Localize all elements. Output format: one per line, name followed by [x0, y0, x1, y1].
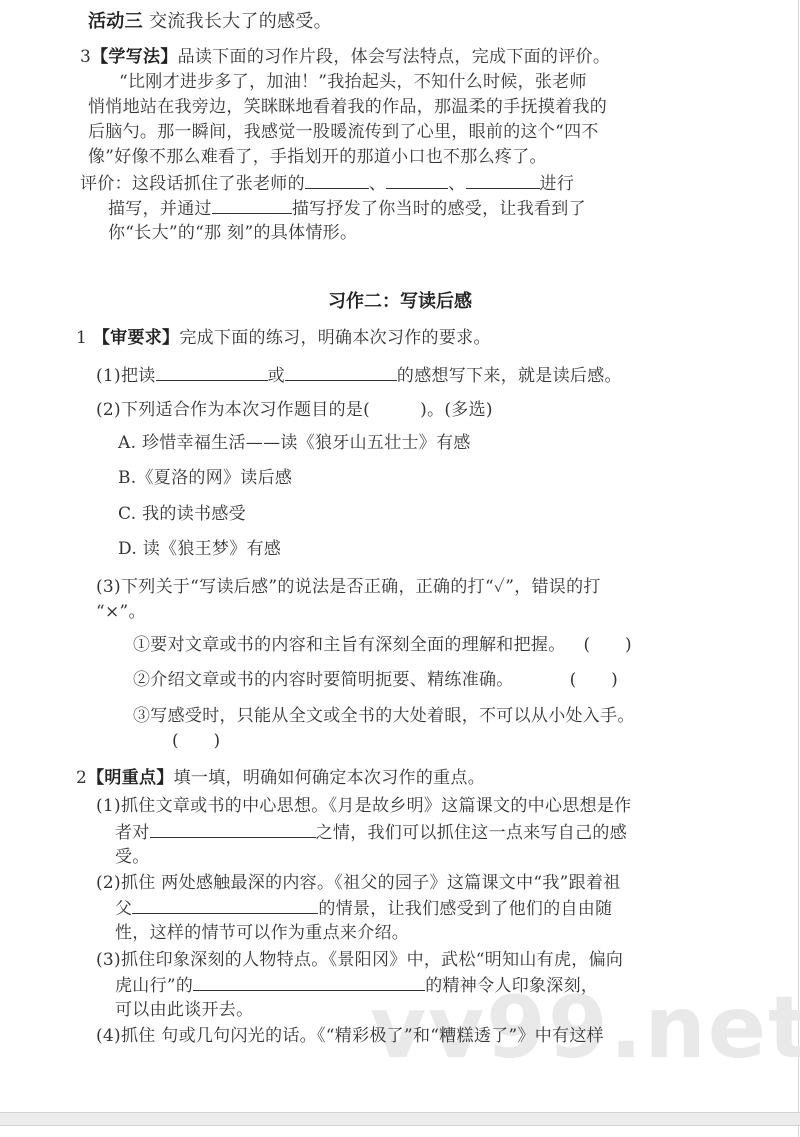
option-c: C. 我的读书感受 [118, 503, 246, 525]
fill-blank[interactable] [305, 172, 369, 189]
statement-text: ②介绍文章或书的内容时要简明扼要、精练准确。 [133, 670, 514, 690]
question-tag: 【明重点】 [87, 768, 174, 788]
item-text: 虎山行”的 [115, 976, 193, 996]
item-text: 父 [115, 899, 132, 919]
page-content: 活动三 交流我长大了的感受。 3【学写法】品读下面的习作片段，体会写法特点，完成… [0, 0, 800, 1112]
answer-parentheses[interactable]: ( ) [584, 635, 632, 655]
option-letter: B. [118, 468, 137, 488]
passage-line: “比刚才进步多了，加油！”我抬起头，不知什么时候，张老师 [119, 71, 587, 93]
subquestion-text: (1)把读 [96, 366, 156, 386]
question-instruction: 填一填，明确如何确定本次习作的重点。 [174, 768, 485, 788]
fill-blank[interactable] [132, 897, 318, 914]
fill-blank[interactable] [466, 172, 540, 189]
subquestion-2: (2)下列适合作为本次习作题目的是()。(多选) [96, 399, 493, 421]
question-tag: 【学写法】 [91, 47, 178, 67]
statement-text: ①要对文章或书的内容和主旨有深刻全面的理解和把握。 [133, 635, 566, 655]
item-text: 者对 [115, 823, 150, 843]
option-letter: D. [118, 539, 137, 559]
fill-blank[interactable] [156, 364, 268, 381]
statement-1: ①要对文章或书的内容和主旨有深刻全面的理解和把握。( ) [133, 634, 632, 656]
question-number: 2 [76, 768, 87, 788]
question-2-header: 2【明重点】填一填，明确如何确定本次习作的重点。 [76, 767, 485, 789]
evaluation-text: 进行 [540, 174, 575, 194]
item-text: 的情景，让我们感受到了他们的自由随 [318, 899, 612, 919]
question-number: 1 [76, 328, 87, 348]
activity-label: 活动三 [88, 11, 143, 32]
q2-item-2-line-1: (2)抓住 两处感触最深的内容。《祖父的园子》这篇课文中“我”跟着祖 [96, 872, 621, 894]
statement-3: ③写感受时，只能从全文或全书的大处着眼，不可以从小处入手。 [133, 705, 635, 727]
subquestion-3-line-2: “×”。 [96, 601, 146, 623]
subquestion-text: )。(多选) [420, 400, 493, 420]
activity-title: 交流我长大了的感受。 [149, 11, 332, 32]
q2-item-3-line-3: 可以由此谈开去。 [115, 999, 253, 1021]
subquestion-text: 或 [268, 366, 285, 386]
passage-line: 后脑勺。那一瞬间，我感觉一股暖流传到了心里，眼前的这个“四不 [88, 121, 599, 143]
evaluation-text: 描写，并通过 [108, 199, 212, 219]
passage-line: 悄悄地站在我旁边，笑眯眯地看着我的作品，那温柔的手抚摸着我的 [88, 96, 607, 118]
activity-3-title: 活动三 交流我长大了的感受。 [88, 11, 332, 33]
option-b: B.《夏洛的网》读后感 [118, 467, 292, 489]
question-tag: 【审要求】 [93, 328, 180, 348]
evaluation-text: 描写抒发了你当时的感受，让我看到了 [292, 199, 586, 219]
option-letter: C. [118, 504, 136, 524]
passage-line: 像”好像不那么难看了，手指划开的那道小口也不那么疼了。 [88, 146, 547, 168]
fill-blank[interactable] [193, 974, 425, 991]
evaluation-line-3: 你“长大”的“那 刻”的具体情形。 [108, 222, 357, 244]
q2-item-3-line-1: (3)抓住印象深刻的人物特点。《景阳冈》中，武松“明知山有虎，偏向 [96, 949, 623, 971]
subquestion-text: 的感想写下来，就是读后感。 [397, 366, 622, 386]
fill-blank[interactable] [150, 821, 316, 838]
section-heading: 习作二：写读后感 [0, 290, 800, 314]
separator: 、 [369, 174, 386, 194]
option-text: 珍惜幸福生活——读《狼牙山五壮士》有感 [142, 433, 471, 453]
statement-2: ②介绍文章或书的内容时要简明扼要、精练准确。( ) [133, 669, 618, 691]
evaluation-text: 这段话抓住了张老师的 [132, 174, 305, 194]
fill-blank[interactable] [212, 197, 292, 214]
question-number: 3 [80, 47, 91, 67]
item-text: 之情，我们可以抓住这一点来写自己的感 [316, 823, 627, 843]
q2-item-1-line-3: 受。 [115, 846, 150, 868]
evaluation-line-2: 描写，并通过描写抒发了你当时的感受，让我看到了 [108, 197, 586, 220]
question-instruction: 完成下面的练习，明确本次习作的要求。 [179, 328, 490, 348]
subquestion-1: (1)把读或的感想写下来，就是读后感。 [96, 364, 622, 387]
question-instruction: 品读下面的习作片段，体会写法特点，完成下面的评价。 [178, 47, 611, 67]
fill-blank[interactable] [285, 364, 397, 381]
option-letter: A. [118, 433, 136, 453]
question-1-header: 1 【审要求】完成下面的练习，明确本次习作的要求。 [76, 327, 491, 349]
q2-item-3-line-2: 虎山行”的的精神令人印象深刻， [115, 974, 598, 997]
q2-item-1-line-2: 者对之情，我们可以抓住这一点来写自己的感 [115, 821, 627, 844]
page-separator [0, 1112, 800, 1126]
option-d: D. 读《狼王梦》有感 [118, 538, 281, 560]
q2-item-2-line-3: 性，这样的情节可以作为重点来介绍。 [115, 922, 409, 944]
item-text: 的精神令人印象深刻， [425, 976, 598, 996]
fill-blank[interactable] [386, 172, 448, 189]
option-a: A. 珍惜幸福生活——读《狼牙山五壮士》有感 [118, 432, 471, 454]
evaluation-line-1: 评价：这段话抓住了张老师的、、进行 [80, 172, 574, 195]
option-text: 读《狼王梦》有感 [143, 539, 281, 559]
question-3-header: 3【学写法】品读下面的习作片段，体会写法特点，完成下面的评价。 [80, 46, 610, 68]
separator: 、 [448, 174, 465, 194]
answer-parentheses[interactable]: ( ) [172, 730, 220, 752]
option-text: 《夏洛的网》读后感 [137, 468, 293, 488]
q2-item-2-line-2: 父的情景，让我们感受到了他们的自由随 [115, 897, 612, 920]
evaluation-label: 评价： [80, 174, 132, 194]
subquestion-text: (2)下列适合作为本次习作题目的是( [96, 400, 370, 420]
answer-parentheses[interactable]: ( ) [570, 670, 618, 690]
q2-item-1-line-1: (1)抓住文章或书的中心思想。《月是故乡明》这篇课文的中心思想是作 [96, 795, 631, 817]
option-text: 我的读书感受 [142, 504, 246, 524]
subquestion-3-line-1: (3)下列关于“写读后感”的说法是否正确，正确的打“✓”，错误的打 [96, 576, 601, 598]
next-page-top [0, 1126, 799, 1137]
q2-item-4-line-1: (4)抓住 句或几句闪光的话。《“精彩极了”和“糟糕透了”》中有这样 [96, 1025, 604, 1047]
